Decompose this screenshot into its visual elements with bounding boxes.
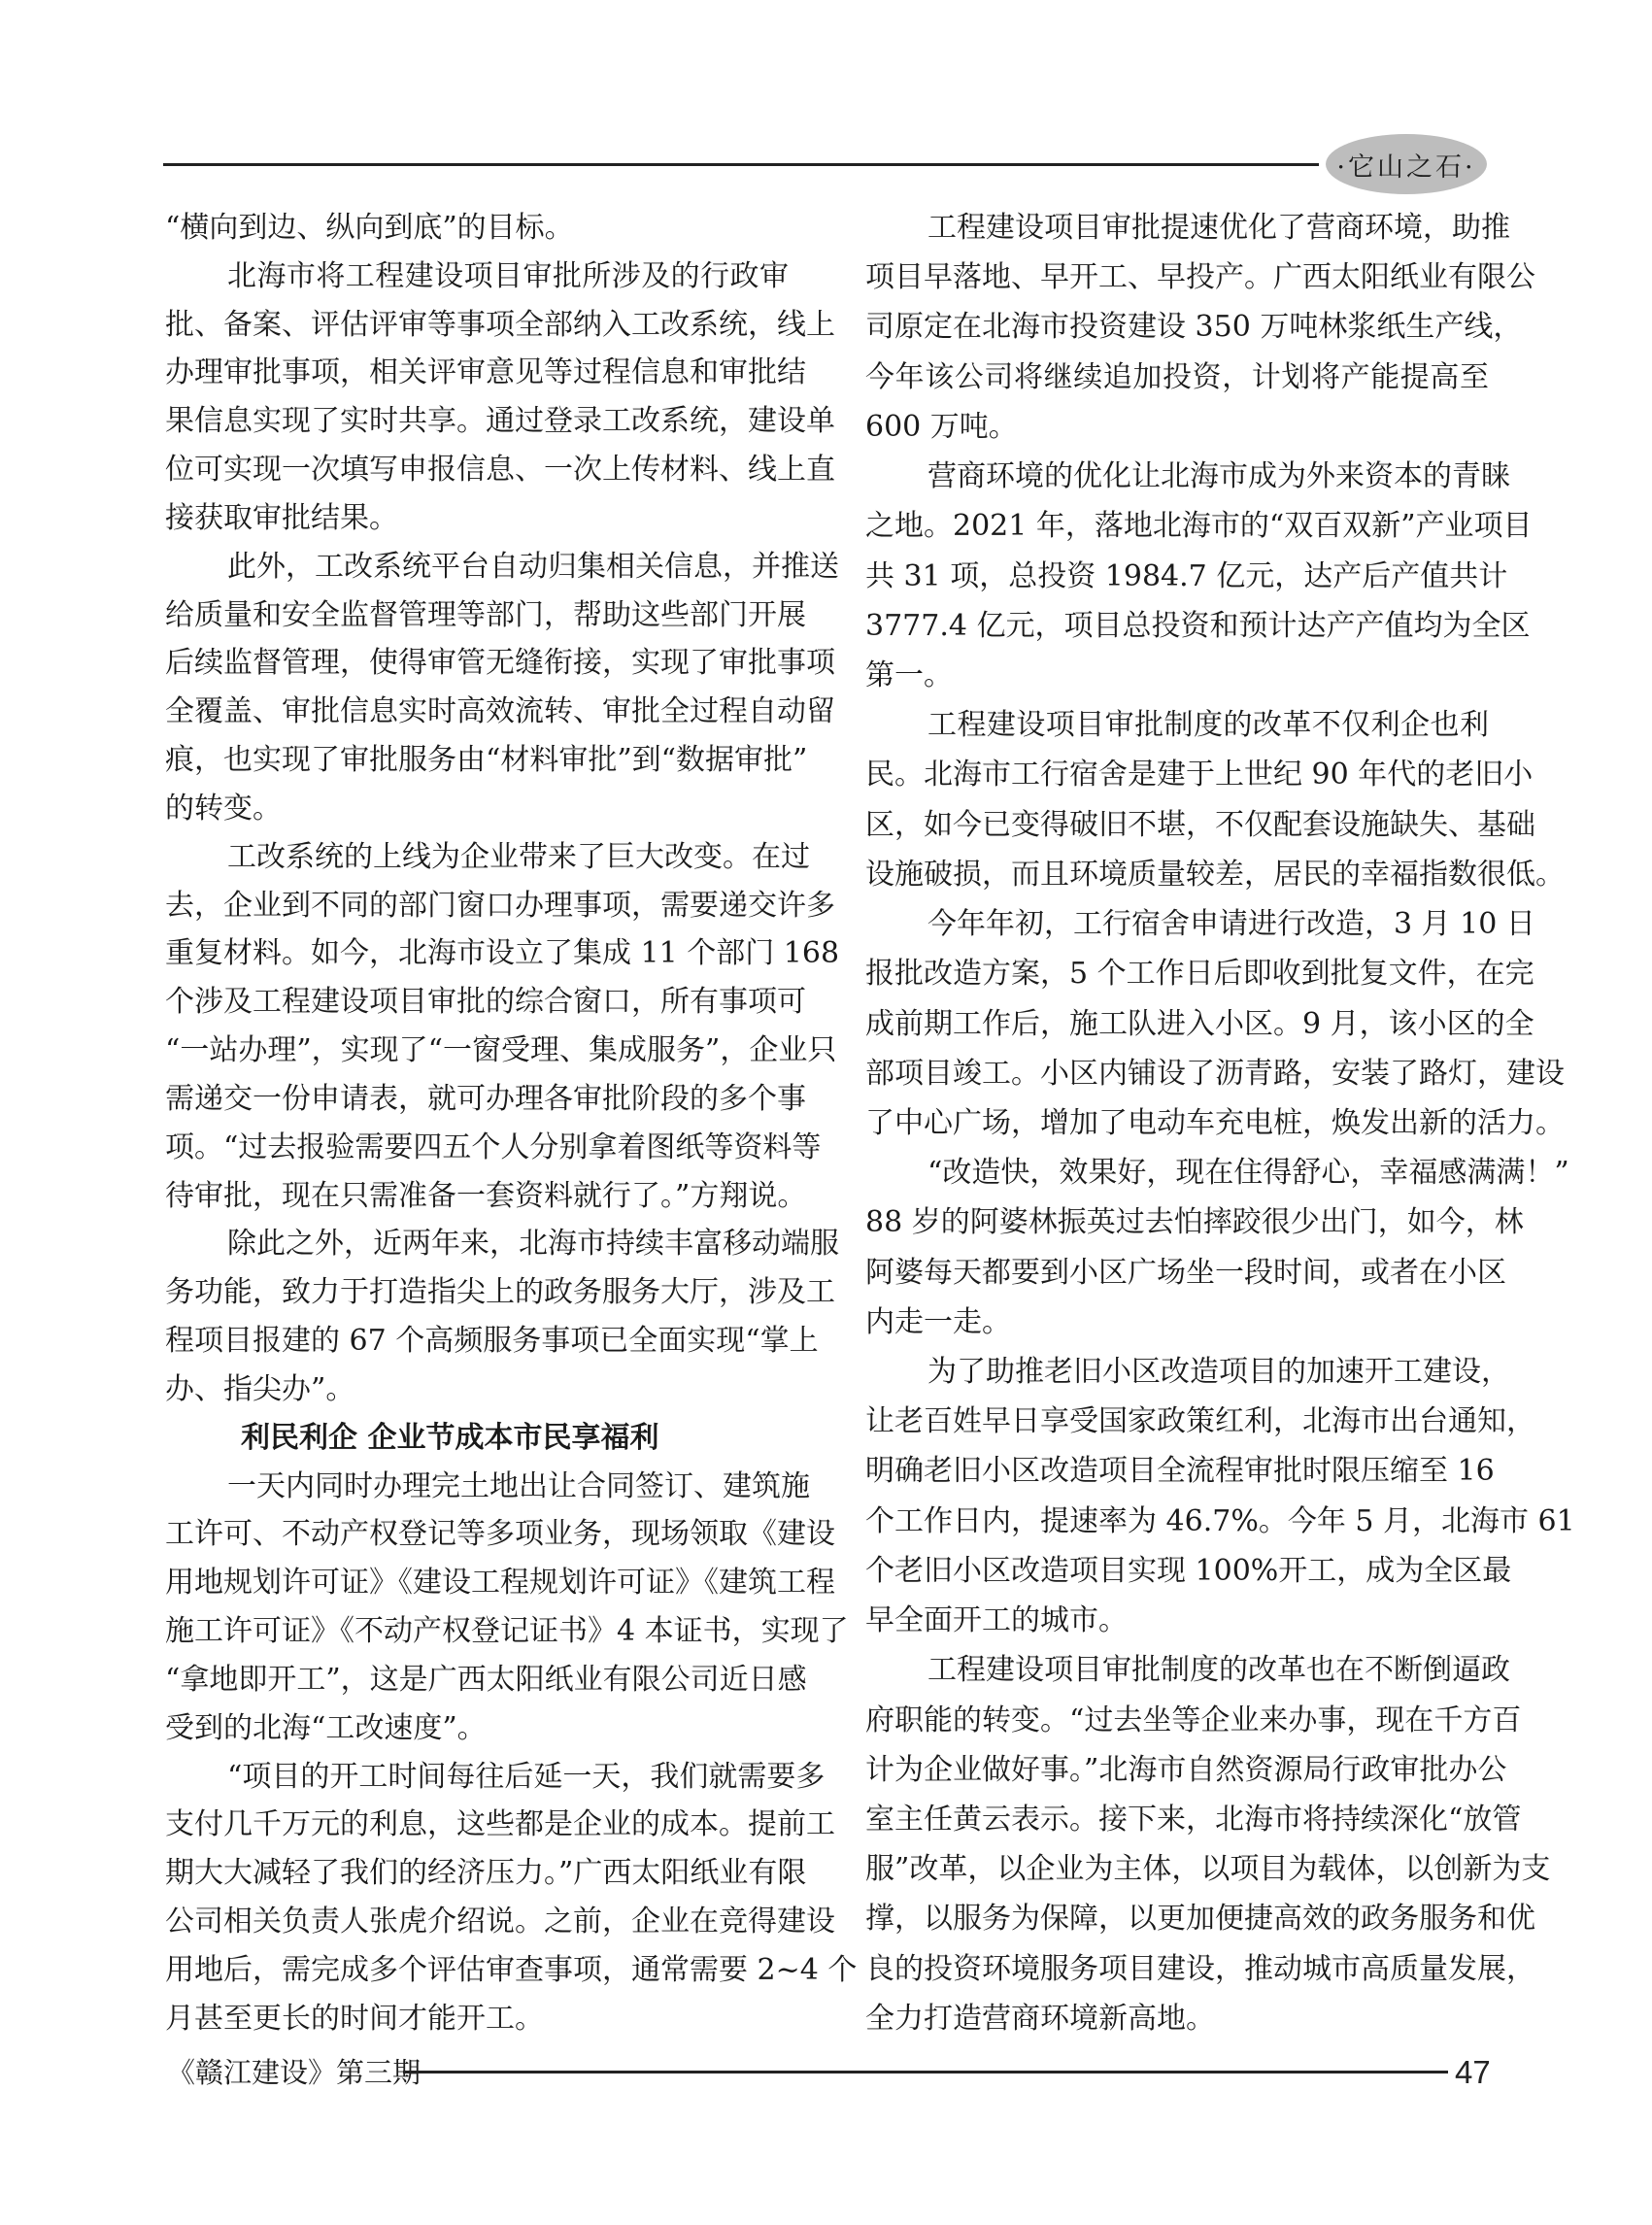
text-line: 月甚至更长的时间才能开工。 (165, 1996, 789, 2042)
text-line: 此外，工改系统平台自动归集相关信息，并推送 (165, 544, 789, 590)
text-line: 待审批，现在只需准备一套资料就行了。”方翔说。 (165, 1173, 789, 1220)
text-line: 办理审批事项，相关评审意见等过程信息和审批结 (165, 350, 789, 396)
text-line: 共 31 项，总投资 1984.7 亿元，达产后产值共计 (865, 554, 1489, 600)
text-line: “拿地即开工”，这是广西太阳纸业有限公司近日感 (165, 1657, 789, 1703)
text-line: 去，企业到不同的部门窗口办理事项，需要递交许多 (165, 883, 789, 929)
text-line: 一天内同时办理完土地出让合同签订、建筑施 (165, 1464, 789, 1510)
text-line: 后续监督管理，使得审管无缝衔接，实现了审批事项 (165, 640, 789, 687)
text-line: 之地。2021 年，落地北海市的“双百双新”产业项目 (865, 503, 1489, 550)
article-column-right: 工程建设项目审批提速优化了营商环境，助推项目早落地、早开工、早投产。广西太阳纸业… (865, 205, 1489, 2042)
text-line: 良的投资环境服务项目建设，推动城市高质量发展， (865, 1946, 1489, 1993)
text-line: 营商环境的优化让北海市成为外来资本的青睐 (865, 454, 1489, 500)
text-line: “项目的开工时间每往后延一天，我们就需要多 (165, 1754, 789, 1801)
text-line: 工程建设项目审批提速优化了营商环境，助推 (865, 205, 1489, 252)
text-line: 为了助推老旧小区改造项目的加速开工建设， (865, 1349, 1489, 1396)
text-line: 民。北海市工行宿舍是建于上世纪 90 年代的老旧小 (865, 752, 1489, 798)
text-line: 公司相关负责人张虎介绍说。之前，企业在竞得建设 (165, 1899, 789, 1945)
text-line: 施工许可证》《不动产权登记证书》4 本证书，实现了 (165, 1608, 789, 1655)
header-rule (163, 163, 1319, 166)
text-line: 个工作日内，提速率为 46.7%。今年 5 月，北海市 61 (865, 1499, 1489, 1545)
text-line: 个老旧小区改造项目实现 100%开工，成为全区最 (865, 1548, 1489, 1595)
text-line: 项目早落地、早开工、早投产。广西太阳纸业有限公 (865, 254, 1489, 301)
text-line: 服”改革，以企业为主体，以项目为载体，以创新为支 (865, 1846, 1489, 1893)
text-line: “横向到边、纵向到底”的目标。 (165, 205, 789, 252)
text-line: 重复材料。如今，北海市设立了集成 11 个部门 168 (165, 930, 789, 977)
text-line: 了中心广场，增加了电动车充电桩，焕发出新的活力。 (865, 1100, 1489, 1147)
text-line: 工程建设项目审批制度的改革不仅利企也利 (865, 702, 1489, 749)
text-line: 今年该公司将继续追加投资，计划将产能提高至 (865, 354, 1489, 401)
footer-rule (403, 2071, 1448, 2073)
text-line: 明确老旧小区改造项目全流程审批时限压缩至 16 (865, 1448, 1489, 1495)
text-line: 600 万吨。 (865, 404, 1489, 451)
text-line: 北海市将工程建设项目审批所涉及的行政审 (165, 253, 789, 300)
text-line: 府职能的转变。“过去坐等企业来办事，现在千方百 (865, 1698, 1489, 1744)
text-line: 计为企业做好事。”北海市自然资源局行政审批办公 (865, 1747, 1489, 1794)
text-line: 的转变。 (165, 786, 789, 832)
text-line: 让老百姓早日享受国家政策红利，北海市出台通知， (865, 1399, 1489, 1445)
text-line: 工许可、不动产权登记等多项业务，现场领取《建设 (165, 1511, 789, 1558)
text-line: 88 岁的阿婆林振英过去怕摔跤很少出门，如今，林 (865, 1199, 1489, 1246)
text-line: 批、备案、评估评审等事项全部纳入工改系统，线上 (165, 302, 789, 349)
text-line: 用地后，需完成多个评估审查事项，通常需要 2~4 个 (165, 1947, 789, 1994)
text-line: 早全面开工的城市。 (865, 1598, 1489, 1644)
text-line: 程项目报建的 67 个高频服务事项已全面实现“掌上 (165, 1318, 789, 1365)
article-column-left: “横向到边、纵向到底”的目标。北海市将工程建设项目审批所涉及的行政审批、备案、评… (165, 205, 789, 2042)
text-line: 接获取审批结果。 (165, 495, 789, 542)
section-badge: ·它山之石· (1326, 134, 1487, 194)
text-line: 工改系统的上线为企业带来了巨大改变。在过 (165, 834, 789, 881)
page-number: 47 (1455, 2053, 1491, 2092)
text-line: 司原定在北海市投资建设 350 万吨林浆纸生产线， (865, 304, 1489, 351)
text-line: “改造快，效果好，现在住得舒心，幸福感满满！” (865, 1150, 1489, 1197)
text-line: 需递交一份申请表，就可办理各审批阶段的多个事 (165, 1076, 789, 1123)
text-line: 室主任黄云表示。接下来，北海市将持续深化“放管 (865, 1797, 1489, 1843)
text-line: 部项目竣工。小区内铺设了沥青路，安装了路灯，建设 (865, 1051, 1489, 1097)
text-line: 设施破损，而且环境质量较差，居民的幸福指数很低。 (865, 852, 1489, 898)
text-line: 用地规划许可证》《建设工程规划许可证》《建筑工程 (165, 1560, 789, 1606)
text-line: 位可实现一次填写申报信息、一次上传材料、线上直 (165, 447, 789, 493)
text-line: 支付几千万元的利息，这些都是企业的成本。提前工 (165, 1802, 789, 1848)
text-line: 工程建设项目审批制度的改革也在不断倒逼政 (865, 1647, 1489, 1694)
text-line: 区，如今已变得破旧不堪，不仅配套设施缺失、基础 (865, 802, 1489, 849)
text-line: 全力打造营商环境新高地。 (865, 1996, 1489, 2042)
text-line: 办、指尖办”。 (165, 1366, 789, 1413)
section-heading: 利民利企 企业节成本市民享福利 (165, 1415, 789, 1462)
text-line: 果信息实现了实时共享。通过登录工改系统，建设单 (165, 398, 789, 445)
text-line: 阿婆每天都要到小区广场坐一段时间，或者在小区 (865, 1250, 1489, 1297)
text-line: 个涉及工程建设项目审批的综合窗口，所有事项可 (165, 979, 789, 1026)
text-line: 内走一走。 (865, 1299, 1489, 1346)
text-line: 今年年初，工行宿舍申请进行改造，3 月 10 日 (865, 901, 1489, 948)
text-line: 报批改造方案，5 个工作日后即收到批复文件，在完 (865, 951, 1489, 997)
text-line: 撑，以服务为保障，以更加便捷高效的政务服务和优 (865, 1896, 1489, 1942)
text-line: 给质量和安全监督管理等部门，帮助这些部门开展 (165, 592, 789, 639)
text-line: “一站办理”，实现了“一窗受理、集成服务”，企业只 (165, 1028, 789, 1074)
text-line: 全覆盖、审批信息实时高效流转、审批全过程自动留 (165, 689, 789, 735)
text-line: 3777.4 亿元，项目总投资和预计达产产值均为全区 (865, 603, 1489, 650)
text-line: 除此之外，近两年来，北海市持续丰富移动端服 (165, 1221, 789, 1267)
section-badge-label: ·它山之石· (1336, 146, 1475, 184)
text-line: 务功能，致力于打造指尖上的政务服务大厅，涉及工 (165, 1269, 789, 1316)
text-line: 成前期工作后，施工队进入小区。9 月，该小区的全 (865, 1001, 1489, 1048)
text-line: 第一。 (865, 653, 1489, 699)
text-line: 痕，也实现了审批服务由“材料审批”到“数据审批” (165, 737, 789, 784)
text-line: 项。“过去报验需要四五个人分别拿着图纸等资料等 (165, 1125, 789, 1171)
text-line: 受到的北海“工改速度”。 (165, 1705, 789, 1752)
text-line: 期大大减轻了我们的经济压力。”广西太阳纸业有限 (165, 1850, 789, 1897)
footer-journal-title: 《赣江建设》第三期 (167, 2055, 421, 2090)
